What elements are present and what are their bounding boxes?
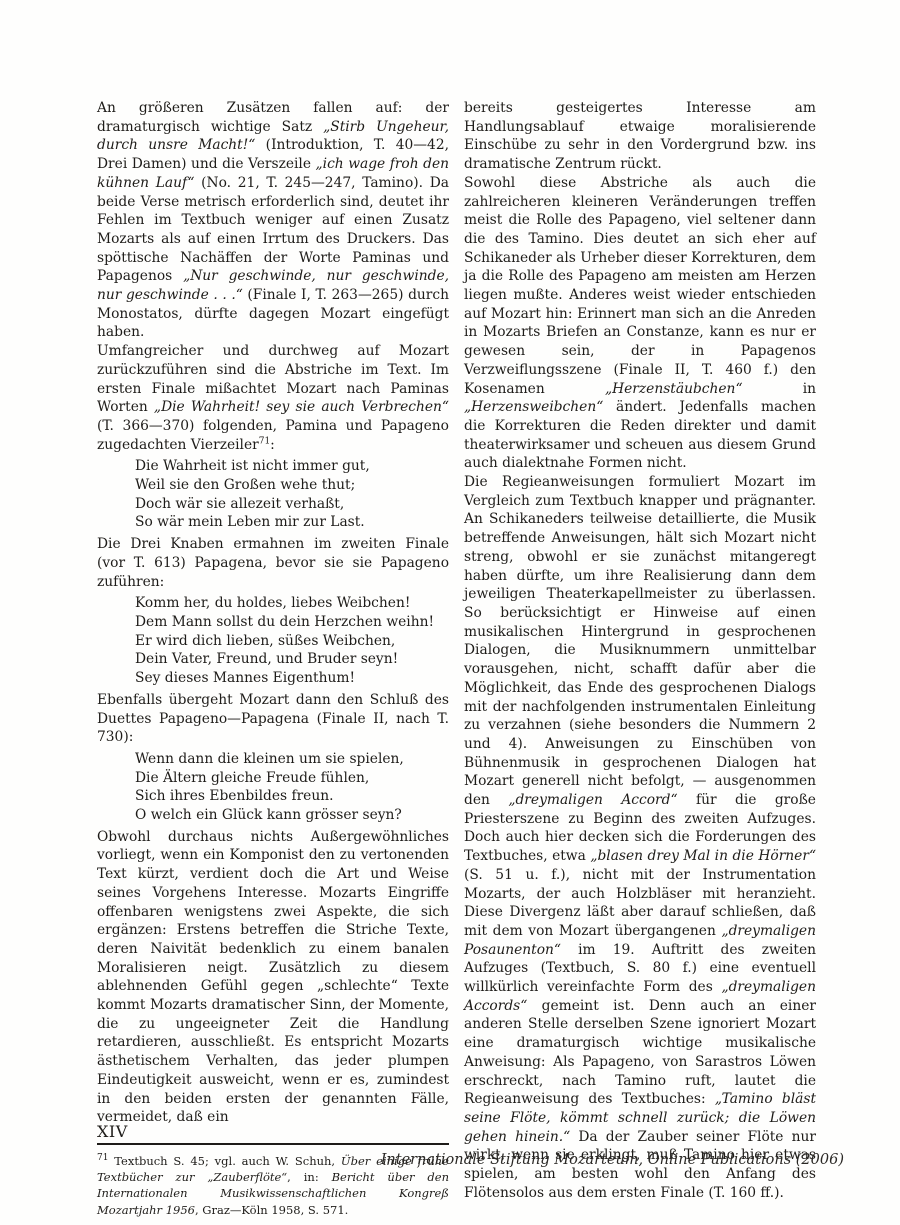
body-paragraph: Die Regieanweisungen formuliert Mozart i… <box>464 473 816 1202</box>
verse-line: Wenn dann die kleinen um sie spielen, <box>135 750 449 769</box>
footnote-reference: 71 <box>259 436 270 446</box>
body-paragraph: An größeren Zusätzen fallen auf: der dra… <box>97 99 449 342</box>
text-run: in <box>743 381 817 397</box>
page-number: XIV <box>97 1122 128 1141</box>
verse-line: Die Wahrheit ist nicht immer gut, <box>135 457 449 476</box>
text-run: , Graz—Köln 1958, S. 571. <box>195 1203 348 1217</box>
body-paragraph: Umfangreicher und durchweg auf Mozart zu… <box>97 342 449 454</box>
verse-line: So wär mein Leben mir zur Last. <box>135 513 449 532</box>
text-run: bereits gesteigertes Interesse am Handlu… <box>464 100 816 172</box>
text-run: Die Regieanweisungen formuliert Mozart i… <box>464 474 816 808</box>
two-column-text-area: An größeren Zusätzen fallen auf: der dra… <box>97 99 817 1218</box>
scanned-document-page: An größeren Zusätzen fallen auf: der dra… <box>0 0 900 1225</box>
verse-line: Doch wär sie allezeit verhaßt, <box>135 495 449 514</box>
verse-quotation: Wenn dann die kleinen um sie spielen,Die… <box>135 750 449 825</box>
verse-line: Sich ihres Ebenbildes freun. <box>135 787 449 806</box>
verse-line: Die Ältern gleiche Freude fühlen, <box>135 769 449 788</box>
text-run: Obwohl durchaus nichts Außergewöhnliches… <box>97 829 449 1126</box>
italic-quotation: „dreymaligen Accord“ <box>508 792 677 808</box>
italic-quotation: „Herzensweibchen“ <box>464 399 603 415</box>
left-column: An größeren Zusätzen fallen auf: der dra… <box>97 99 449 1218</box>
verse-quotation: Die Wahrheit ist nicht immer gut,Weil si… <box>135 457 449 532</box>
italic-quotation: „Herzenstäubchen“ <box>605 381 743 397</box>
body-paragraph: Sowohl diese Abstriche als auch die zahl… <box>464 174 816 473</box>
verse-line: Dem Mann sollst du dein Herzchen weihn! <box>135 613 449 632</box>
body-paragraph: Ebenfalls übergeht Mozart dann den Schlu… <box>97 691 449 747</box>
text-run: Ebenfalls übergeht Mozart dann den Schlu… <box>97 692 449 745</box>
text-run: , in: <box>287 1170 331 1184</box>
footnote-reference: 71 <box>97 1153 108 1163</box>
italic-quotation: „Die Wahrheit! sey sie auch Verbrechen“ <box>154 399 449 415</box>
body-paragraph: bereits gesteigertes Interesse am Handlu… <box>464 99 816 174</box>
verse-quotation: Komm her, du holdes, liebes Weibchen!Dem… <box>135 594 449 688</box>
right-column: bereits gesteigertes Interesse am Handlu… <box>464 99 816 1218</box>
body-paragraph: Obwohl durchaus nichts Außergewöhnliches… <box>97 828 449 1127</box>
footer-credit: Internationale Stiftung Mozarteum, Onlin… <box>381 1152 844 1168</box>
verse-line: Dein Vater, Freund, und Bruder seyn! <box>135 650 449 669</box>
left-column-blocks: An größeren Zusätzen fallen auf: der dra… <box>97 99 449 1127</box>
right-column-blocks: bereits gesteigertes Interesse am Handlu… <box>464 99 816 1202</box>
text-run: Sowohl diese Abstriche als auch die zahl… <box>464 175 816 397</box>
body-paragraph: Die Drei Knaben ermahnen im zweiten Fina… <box>97 535 449 591</box>
text-run: Die Drei Knaben ermahnen im zweiten Fina… <box>97 536 449 589</box>
verse-line: O welch ein Glück kann grösser seyn? <box>135 806 449 825</box>
verse-line: Komm her, du holdes, liebes Weibchen! <box>135 594 449 613</box>
text-run: : <box>270 437 275 453</box>
text-run: Textbuch S. 45; vgl. auch W. Schuh, <box>108 1154 340 1168</box>
italic-quotation: „blasen drey Mal in die Hörner“ <box>590 848 816 864</box>
verse-line: Weil sie den Großen wehe thut; <box>135 476 449 495</box>
verse-line: Er wird dich lieben, süßes Weibchen, <box>135 632 449 651</box>
verse-line: Sey dieses Mannes Eigenthum! <box>135 669 449 688</box>
